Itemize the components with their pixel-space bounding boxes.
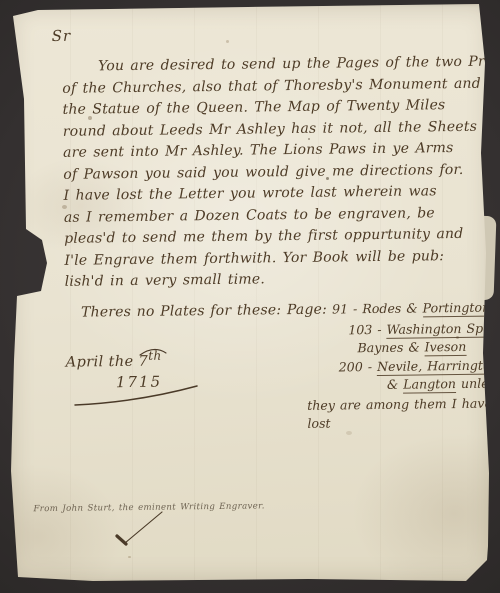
letter-line: lish'd in a very small time. [65, 267, 489, 294]
plate-entry: & Langton unless [387, 375, 482, 395]
date-superscript: th [148, 349, 162, 363]
plate-entry: they are among them I have [307, 394, 482, 415]
handwriting-layer: Sr You are desired to send up the Pages … [7, 0, 499, 583]
plate-entry: Baynes & Iveson [357, 338, 481, 358]
plate-entry: 200 - Nevile, Harrington, [339, 356, 482, 376]
letter-body: You are desired to send up the Pages of … [62, 52, 489, 294]
plate-entry: lost [307, 413, 482, 434]
salutation: Sr [52, 27, 72, 45]
manuscript-photo: Sr You are desired to send up the Pages … [0, 0, 500, 593]
date-block: April the 7th 1715 [66, 349, 163, 392]
date-line: April the 7th [66, 349, 162, 371]
curator-caption: From John Sturt, the eminent Writing Eng… [33, 501, 264, 514]
date-year: 1715 [116, 372, 162, 391]
letter-paper: Sr You are desired to send up the Pages … [8, 3, 493, 583]
plate-entry: 91 - Rodes & Portington [332, 300, 490, 318]
plates-heading-row: Theres no Plates for these: Page: 91 - R… [81, 299, 481, 322]
plates-heading: Theres no Plates for these: Page: [81, 302, 327, 321]
plate-entry: 103 - Washington Spencer, [348, 319, 481, 339]
